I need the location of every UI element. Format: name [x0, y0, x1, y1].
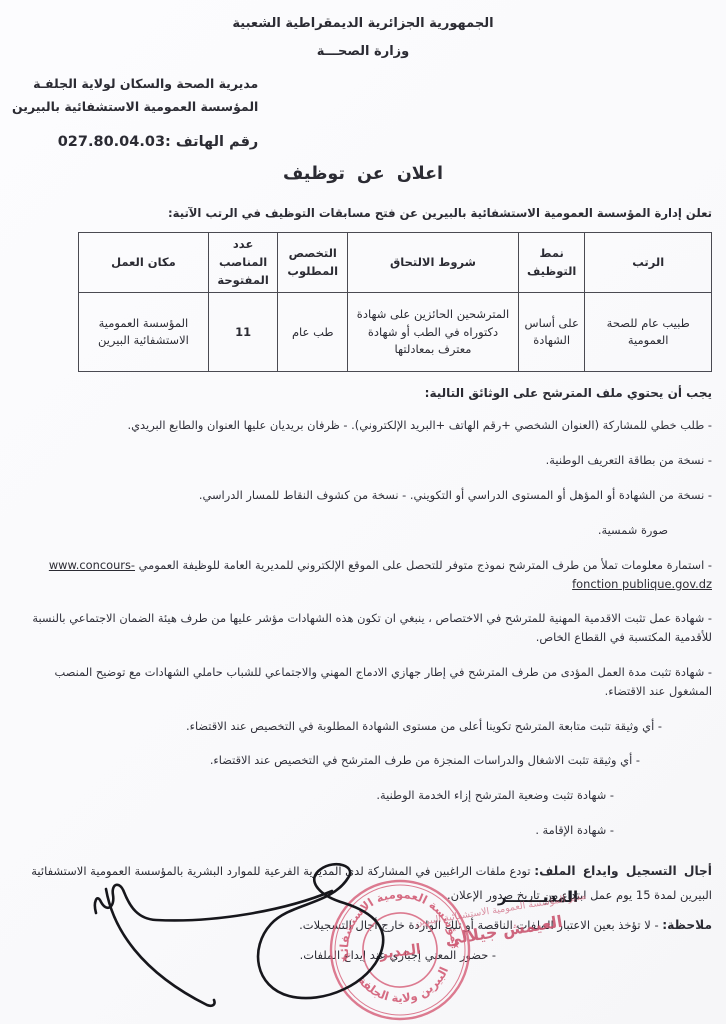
document-item: - شهادة تثبت مدة العمل المؤدى من طرف الم…: [0, 663, 726, 701]
document-item: - شهادة عمل تثبت الاقدمية المهنية للمترش…: [0, 609, 726, 647]
document-item-with-url: - استمارة معلومات تملأ من طرف المترشح نم…: [0, 556, 726, 594]
phone-number: 027.80.04.03: [58, 134, 165, 150]
documents-heading: يجب أن يحتوي ملف المترشح على الوثائق الت…: [0, 386, 726, 400]
signature-block: المديـــــــر مدير المؤسسة العمومية الاس…: [0, 862, 726, 1024]
round-stamp-bottom-text: البيرين ولاية الجلفة: [354, 963, 454, 1011]
col-header-positions: عدد المناصب المفتوحة: [208, 233, 278, 293]
document-item: - أي وثيقة تثبت متابعة المترشح تكوينا أع…: [0, 717, 726, 736]
national-header: الجمهورية الجزائرية الديمقراطية الشعبية …: [0, 0, 726, 59]
document-item: - طلب خطي للمشاركة (العنوان الشخصي +رقم …: [0, 416, 726, 435]
col-header-rank: الرتب: [585, 233, 712, 293]
document-item: - نسخة من الشهادة أو المؤهل أو المستوى ا…: [0, 486, 726, 505]
cell-specialty: طب عام: [278, 293, 348, 372]
document-item: - شهادة تثبت وضعية المترشح إزاء الخدمة ا…: [0, 786, 726, 805]
document-item-text: - استمارة معلومات تملأ من طرف المترشح نم…: [139, 558, 712, 572]
cell-mode: على أساس الشهادة: [518, 293, 584, 372]
col-header-specialty: التخصص المطلوب: [278, 233, 348, 293]
phone-line: رقم الهاتف :027.80.04.03: [12, 134, 258, 150]
admin-header-block: مديرية الصحة والسكان لولاية الجلفـة المؤ…: [12, 73, 258, 150]
scanned-announcement-page: الجمهورية الجزائرية الديمقراطية الشعبية …: [0, 0, 726, 1024]
ministry-title: وزارة الصحـــة: [0, 44, 726, 59]
cell-rank: طبيب عام للصحة العمومية: [585, 293, 712, 372]
phone-label: رقم الهاتف :: [165, 134, 258, 150]
table-header-row: الرتب نمط التوظيف شروط الالتحاق التخصص ا…: [79, 233, 712, 293]
svg-text:البيرين ولاية الجلفة: البيرين ولاية الجلفة: [354, 963, 454, 1011]
page-title: اعلان عن توظيف: [0, 164, 726, 184]
republic-title: الجمهورية الجزائرية الديمقراطية الشعبية: [0, 16, 726, 31]
document-item: - نسخة من بطاقة التعريف الوطنية.: [0, 451, 726, 470]
recruitment-table: الرتب نمط التوظيف شروط الالتحاق التخصص ا…: [78, 232, 712, 372]
col-header-conditions: شروط الالتحاق: [348, 233, 519, 293]
document-item: - أي وثيقة تثبت الاشغال والدراسات المنجز…: [0, 751, 726, 770]
handwritten-signature: [95, 864, 383, 1006]
document-item: صورة شمسية.: [0, 521, 726, 540]
table-row: طبيب عام للصحة العمومية على أساس الشهادة…: [79, 293, 712, 372]
intro-sentence: تعلن إدارة المؤسسة العمومية الاستشفائية …: [0, 206, 726, 220]
star-icon: ★: [340, 953, 350, 965]
admin-header: مديرية الصحة والسكان لولاية الجلفـة المؤ…: [0, 73, 726, 150]
directorate-line: مديرية الصحة والسكان لولاية الجلفـة: [12, 73, 258, 96]
document-item: - شهادة الإقامة .: [0, 821, 726, 840]
cell-conditions: المترشحين الحائزين على شهادة دكتوراه في …: [348, 293, 519, 372]
col-header-workplace: مكان العمل: [79, 233, 209, 293]
cell-positions: 11: [208, 293, 278, 372]
col-header-mode: نمط التوظيف: [518, 233, 584, 293]
cell-workplace: المؤسسة العمومية الاستشفائية البيرين: [79, 293, 209, 372]
institution-line: المؤسسة العمومية الاستشفائية بالبيرين: [12, 96, 258, 119]
